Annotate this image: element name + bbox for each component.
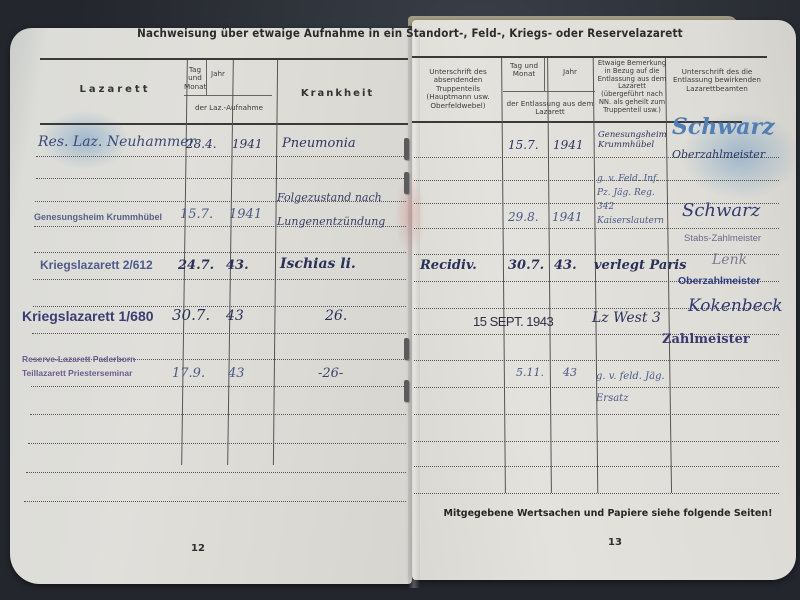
entry-1-signature-official: Oberzahlmeister <box>672 148 765 161</box>
entry-5-admission-day-month: 17.9. <box>172 366 205 381</box>
row-line <box>36 156 406 157</box>
entry-1-admission-day-month: 28.4. <box>186 137 217 151</box>
entry-5-remark: g. v. feld. Jäg. Ersatz <box>596 366 676 410</box>
entry-4-remark: Lz West 3 <box>592 310 661 326</box>
row-line <box>33 306 406 307</box>
header-lazarett: Lazarett <box>60 86 170 94</box>
row-line <box>24 501 406 502</box>
header-bottom-border-left <box>40 123 408 125</box>
entry-3-illness: Ischias li. <box>280 256 356 272</box>
entry-3-discharge-year: 43. <box>554 258 577 273</box>
entry-1-illness: Pneumonia <box>282 136 356 151</box>
entry-4-stamp-zahlmeister: Zahlmeister <box>662 332 750 347</box>
entry-5-discharge-day-month: 5.11. <box>516 366 544 379</box>
header-discharge-year: Jahr <box>545 68 595 76</box>
entry-2-lazarett-stamp: Genesungsheim Krummhübel <box>34 212 162 222</box>
entry-2-discharge-year: 1941 <box>552 210 583 224</box>
entry-1-remark: Genesungsheim Krummhübel <box>598 130 668 150</box>
entry-3-admission-day-month: 24.7. <box>178 258 214 273</box>
row-line <box>31 386 406 387</box>
page-number-right: 13 <box>608 537 622 548</box>
entry-1-discharge-year: 1941 <box>553 138 584 152</box>
entry-4-discharge-date-stamp: 15 SEPT. 1943 <box>473 314 553 329</box>
entry-3-remark: verlegt Paris <box>594 258 686 273</box>
header-discharge-day-month: Tag und Monat <box>504 62 544 79</box>
header-signature-unit: Unterschrift des absendenden Truppenteil… <box>415 68 501 110</box>
row-line <box>36 178 406 179</box>
entry-2-discharge-day-month: 29.8. <box>508 210 539 224</box>
entry-2-remark: g. v. Feld. Inf. Pz. Jäg. Reg. 342 Kaise… <box>597 172 672 228</box>
row-line <box>414 466 779 467</box>
header-discharge-label: der Entlassung aus dem Lazarett <box>504 100 596 117</box>
entry-4-signature: Kokenbeck <box>688 296 783 316</box>
soldbuch-open-book <box>8 14 800 580</box>
entry-3-stamp-oberzahlmeister: Oberzahlmeister <box>678 275 760 287</box>
entry-4-illness: 26. <box>325 308 347 324</box>
table-top-border-left <box>40 58 408 60</box>
row-line <box>30 414 406 415</box>
row-line <box>26 472 406 473</box>
header-remark: Etwaige Bemerkung in Bezug auf die Entla… <box>597 60 667 115</box>
staple <box>404 338 409 360</box>
footer-note: Mitgegebene Wertsachen und Papiere siehe… <box>438 508 778 519</box>
entry-3-lazarett-stamp: Kriegslazarett 2/612 <box>40 258 153 272</box>
row-line <box>414 360 779 361</box>
subheader-divider <box>503 91 595 92</box>
entry-5-admission-year: 43 <box>228 366 245 381</box>
header-admission-label: der Laz.-Aufnahme <box>184 104 274 112</box>
document-title: Nachweisung über etwaige Aufnahme in ein… <box>120 26 700 40</box>
entry-1-admission-year: 1941 <box>232 137 263 151</box>
row-line <box>28 443 406 444</box>
row-line <box>414 441 779 442</box>
entry-3-admission-year: 43. <box>226 258 249 273</box>
staple <box>404 380 409 402</box>
entry-3-discharge-day-month: 30.7. <box>508 258 544 273</box>
entry-4-admission-year: 43 <box>226 308 244 324</box>
entry-5-discharge-year: 43 <box>563 366 577 379</box>
row-line <box>33 279 406 280</box>
row-line <box>414 414 779 415</box>
entry-2-stamp-stabszahlmeister: Stabs-Zahlmeister <box>684 233 761 244</box>
entry-3-signature-unit: Recidiv. <box>420 258 477 273</box>
entry-2-admission-year: 1941 <box>229 207 262 222</box>
entry-4-admission-day-month: 30.7. <box>172 306 210 324</box>
entry-2-illness: Folgezustand nach Lungenentzündung <box>277 186 407 234</box>
subheader-divider <box>184 95 272 96</box>
row-line <box>32 333 406 334</box>
page-number-left: 12 <box>191 543 205 554</box>
row-line <box>414 228 779 229</box>
row-line <box>34 252 406 253</box>
entry-5-illness: -26- <box>318 366 343 381</box>
header-illness: Krankheit <box>275 90 400 98</box>
header-signature-official: Unterschrift des die Entlassung bewirken… <box>669 68 765 93</box>
entry-2-signature: Schwarz <box>682 200 760 221</box>
entry-1-discharge-day-month: 15.7. <box>508 138 539 152</box>
entry-4-lazarett-stamp: Kriegslazarett 1/680 <box>22 308 154 324</box>
header-admission-day-month: Tag und Monat <box>184 66 206 91</box>
entry-1-signature-stamp: Schwarz <box>672 114 775 140</box>
entry-1-lazarett: Res. Laz. Neuhammer <box>38 134 195 150</box>
table-top-border-right <box>412 56 767 58</box>
entry-5-lazarett-stamp: Reserve-Lazarett Paderborn Teillazarett … <box>22 352 162 380</box>
header-admission-year: Jahr <box>206 70 230 78</box>
row-line <box>414 493 779 494</box>
entry-3-signature: Lenk <box>712 252 747 268</box>
entry-2-admission-day-month: 15.7. <box>180 207 213 222</box>
